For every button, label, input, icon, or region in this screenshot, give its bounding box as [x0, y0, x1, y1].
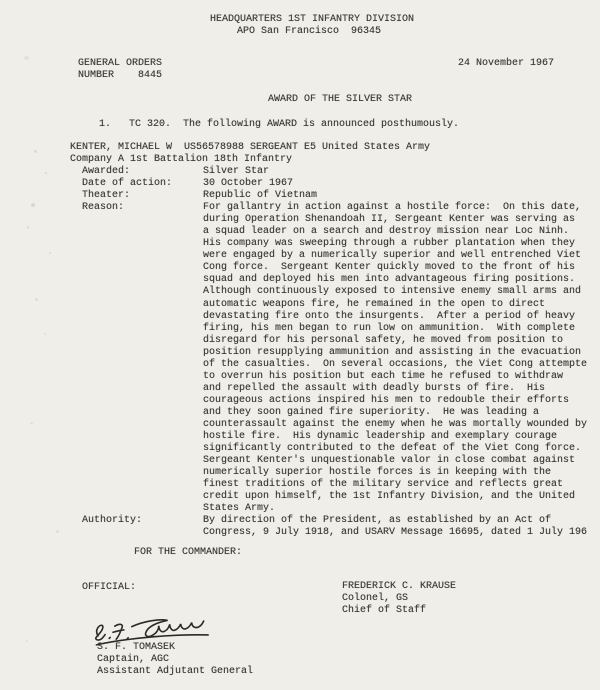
detail-label: Authority:: [82, 515, 203, 527]
detail-label: Reason:: [82, 202, 203, 214]
detail-row-authority: Authority: By direction of the President…: [82, 515, 587, 539]
signer-left-title: Assistant Adjutant General: [97, 666, 253, 678]
detail-value: 30 October 1967: [203, 178, 293, 190]
detail-value: By direction of the President, as establ…: [203, 515, 587, 539]
scan-artifact: [30, 422, 33, 424]
detail-row-theater: Theater: Republic of Vietnam: [82, 190, 587, 202]
letterhead-line1: HEADQUARTERS 1ST INFANTRY DIVISION: [210, 14, 414, 26]
signer-left-rank: Captain, AGC: [97, 654, 169, 666]
intro-paragraph: 1. TC 320. The following AWARD is announ…: [99, 119, 459, 131]
signer-right-name: FREDERICK C. KRAUSE: [342, 581, 456, 593]
general-orders-document: HEADQUARTERS 1ST INFANTRY DIVISION APO S…: [0, 0, 600, 690]
detail-row-reason: Reason: For gallantry in action against …: [82, 202, 587, 515]
detail-row-date-of-action: Date of action: 30 October 1967: [82, 178, 587, 190]
order-type-label: GENERAL ORDERS: [78, 58, 162, 70]
detail-label: Date of action:: [82, 178, 203, 190]
scan-artifact: [31, 203, 35, 207]
detail-row-awarded: Awarded: Silver Star: [82, 166, 587, 178]
order-number: NUMBER 8445: [78, 70, 162, 82]
letterhead-line2: APO San Francisco 96345: [237, 26, 381, 38]
scan-artifact: [56, 530, 59, 533]
detail-label: Awarded:: [82, 166, 203, 178]
detail-value citation-text: For gallantry in action against a hostil…: [203, 202, 587, 515]
scan-artifact: [34, 150, 37, 153]
soldier-unit-line: Company A 1st Battalion 18th Infantry: [70, 154, 292, 166]
signer-right-rank: Colonel, GS: [342, 593, 408, 605]
scan-artifact: [24, 56, 29, 60]
scan-artifact: [44, 333, 46, 335]
scan-artifact: [45, 172, 47, 174]
signer-left-name: S. F. TOMASEK: [97, 642, 175, 654]
soldier-name-line: KENTER, MICHAEL W US56578988 SERGEANT E5…: [70, 142, 430, 154]
signer-right-title: Chief of Staff: [342, 605, 426, 617]
scan-artifact: [27, 226, 29, 229]
detail-value: Silver Star: [203, 166, 269, 178]
detail-value: Republic of Vietnam: [203, 190, 317, 202]
for-the-commander-line: FOR THE COMMANDER:: [134, 547, 242, 559]
scan-artifact: [49, 252, 51, 254]
scan-artifact: [35, 298, 38, 301]
official-label: OFFICIAL:: [82, 582, 136, 594]
award-details: Awarded: Silver Star Date of action: 30 …: [82, 166, 587, 539]
document-title: AWARD OF THE SILVER STAR: [268, 94, 412, 106]
detail-label: Theater:: [82, 190, 203, 202]
document-date: 24 November 1967: [458, 58, 554, 70]
scan-artifact: [26, 640, 28, 642]
